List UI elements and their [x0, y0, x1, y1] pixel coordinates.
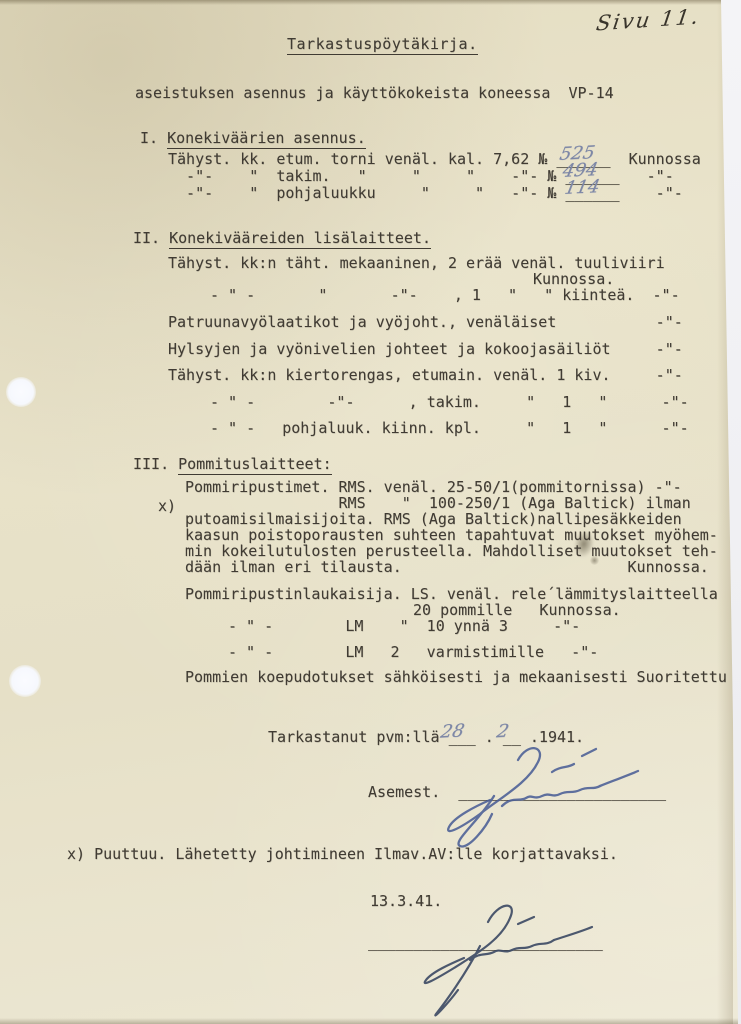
handwritten-page-number: Sivu 11.	[595, 4, 702, 35]
section-2-heading: II.Konekivääreiden lisälaitteet.	[133, 230, 431, 246]
paper-right-edge-shadow	[717, 0, 733, 1024]
typed-line-mg-bottom: -"- " pohjaluukku " " -"- № ______ -"-	[168, 185, 683, 201]
typed-line-footnote: x) Puuttuu. Lähetetty johtimineen Ilmav.…	[67, 846, 618, 862]
punch-hole-top	[6, 377, 36, 407]
typed-line-para-4: dään ilman eri tilausta. Kunnossa.	[185, 559, 709, 575]
section-2-numeral: II.	[133, 229, 169, 247]
typed-line-para-2: kaasun poistoporausten suhteen tapahtuva…	[185, 527, 718, 543]
punch-hole-bottom	[9, 665, 41, 697]
typed-line-bombrack-1: Pommiripustimet. RMS. venäl. 25-50/1(pom…	[185, 479, 682, 495]
typed-line-kunnossa-1: Kunnossa.	[533, 271, 614, 287]
typed-line-release-4: - " - LM 2 varmistimille -"-	[228, 644, 598, 660]
handwritten-serial-3: 114	[563, 176, 602, 199]
typed-line-para-1: putoamisilmaisijoita. RMS (Aga Baltick)n…	[185, 511, 682, 527]
typed-line-ring-rear: - " - -"- , takim. " 1 " -"-	[210, 394, 689, 410]
section-1-title: Konekiväärien asennus.	[167, 129, 366, 149]
section-2-title: Konekivääreiden lisälaitteet.	[169, 229, 431, 249]
document-title: Tarkastuspöytäkirja.	[287, 36, 478, 52]
typed-line-sight-mech: Tähyst. kk:n täht. mekaaninen, 2 erää ve…	[168, 255, 665, 271]
scanned-document-photo: Sivu 11. Tarkastuspöytäkirja. aseistukse…	[0, 0, 741, 1024]
section-3-numeral: III.	[133, 455, 178, 473]
typed-line-ammo-boxes: Patruunavyölaatikot ja vyöjoht., venäläi…	[168, 314, 683, 330]
typed-line-release-3: - " - LM " 10 ynnä 3 -"-	[228, 618, 580, 634]
footnote-marker-x: x)	[158, 498, 176, 514]
typed-line-ring-bottom: - " - pohjaluuk. kiinn. kpl. " 1 " -"-	[210, 420, 689, 436]
typed-line-release-2: 20 pommille Kunnossa.	[413, 602, 621, 618]
paper-top-edge-shadow	[0, 0, 721, 5]
signature-asemest	[432, 738, 672, 848]
section-3-heading: III.Pommituslaitteet:	[133, 456, 332, 472]
section-1-numeral: I.	[140, 129, 167, 147]
typed-line-casings: Hylsyjen ja vyönivelien johteet ja kokoo…	[168, 341, 683, 357]
typed-line-sight-fixed: - " - " -"- , 1 " " kiinteä. -"-	[210, 287, 680, 303]
typed-line-release-1: Pommiripustinlaukaisija. LS. venäl. rele…	[185, 586, 718, 602]
typed-line-bombrack-2: RMS " 100-250/1 (Aga Baltick) ilman	[185, 495, 691, 511]
typed-line-para-3: min kokeilutulosten perusteella. Mahdoll…	[185, 543, 718, 559]
paper-sheet: Sivu 11. Tarkastuspöytäkirja. aseistukse…	[0, 0, 741, 1024]
section-3-title: Pommituslaitteet:	[178, 455, 332, 475]
section-1-heading: I.Konekiväärien asennus.	[140, 130, 366, 146]
typed-line-droptest: Pommien koepudotukset sähköisesti ja mek…	[185, 669, 727, 685]
signature-bottom	[392, 894, 632, 1022]
typed-line-ring-front: Tähyst. kk:n kiertorengas, etumain. venä…	[168, 367, 683, 383]
document-subtitle: aseistuksen asennus ja käyttökokeista ko…	[135, 85, 614, 101]
typed-line-mg-front: Tähyst. kk. etum. torni venäl. kal. 7,62…	[168, 151, 701, 167]
